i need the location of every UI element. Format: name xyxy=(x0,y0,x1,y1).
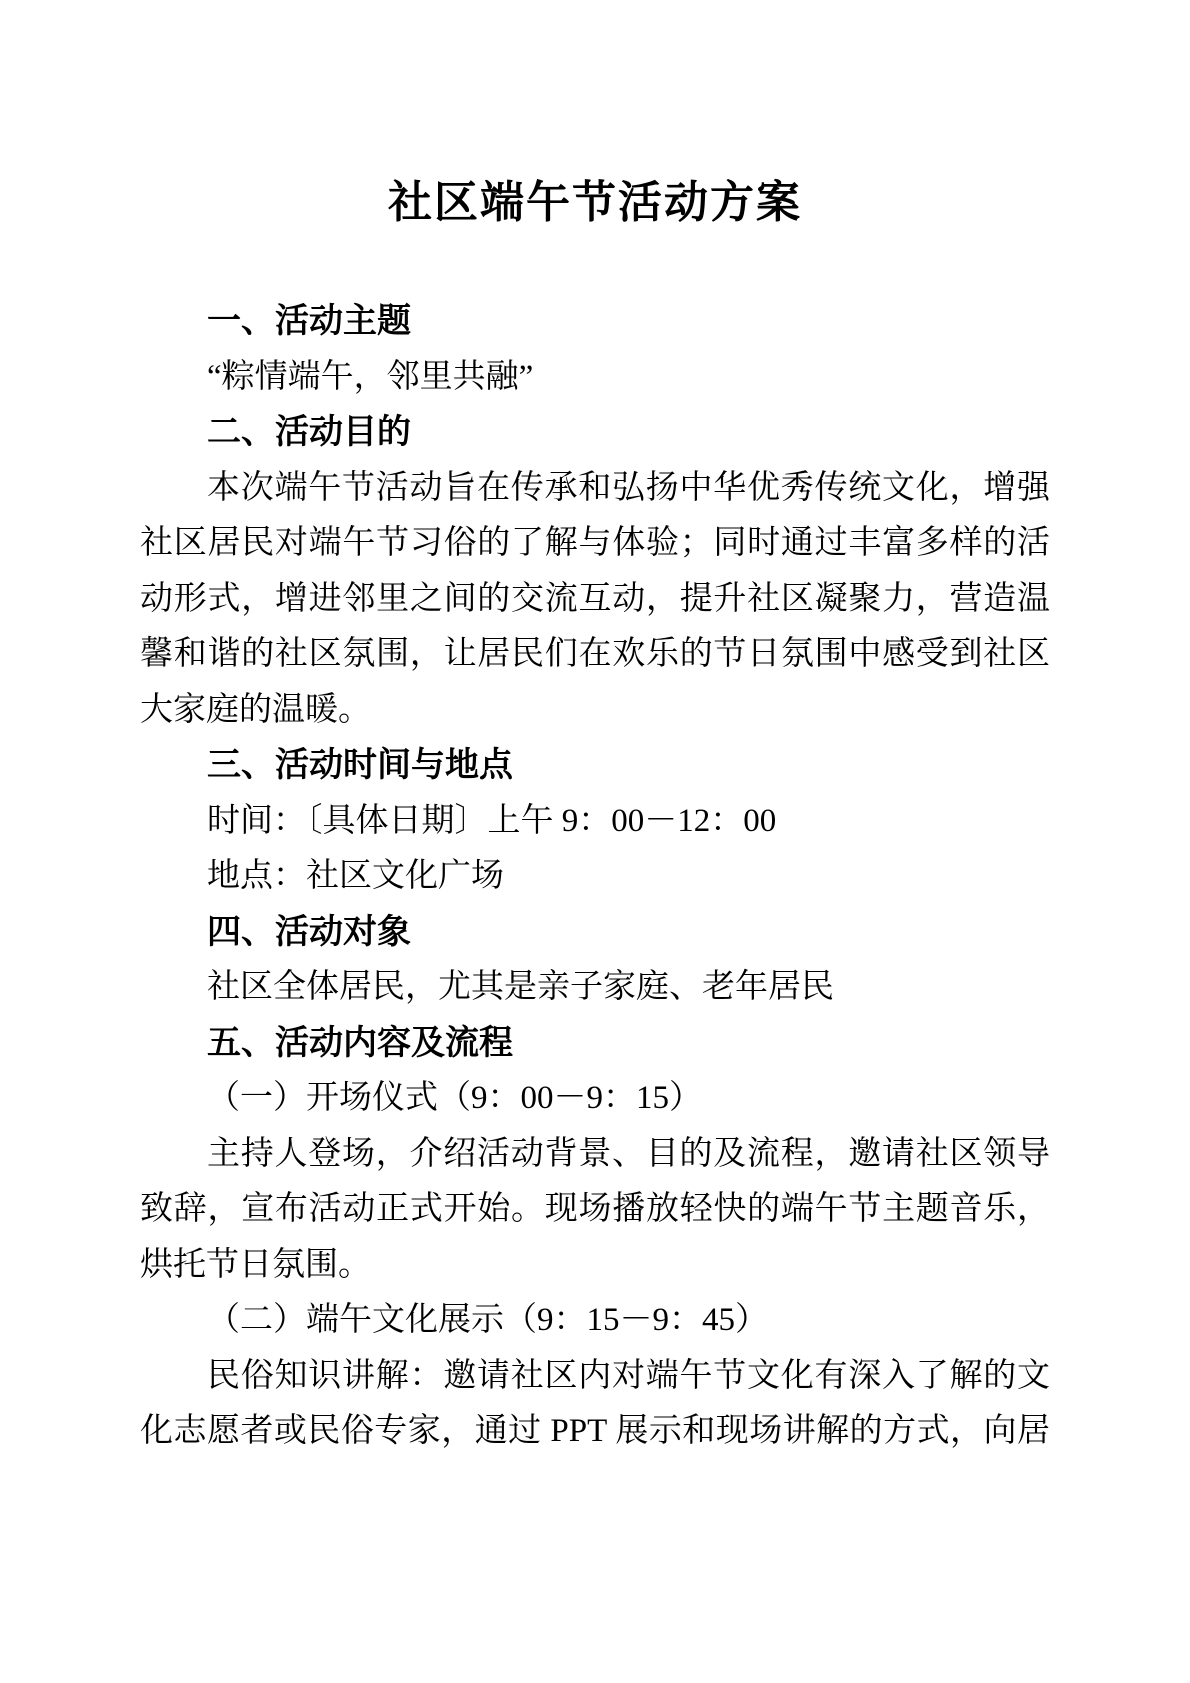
subsection-opening-ceremony-heading: （一）开场仪式（9：00－9：15） xyxy=(140,1071,1050,1127)
opening-ceremony-line: 烘托节日氛围。 xyxy=(140,1238,1050,1294)
document-body: 一、活动主题 “粽情端午，邻里共融” 二、活动目的 本次端午节活动旨在传承和弘扬… xyxy=(0,294,1190,1460)
document-page: 社区端午节活动方案 一、活动主题 “粽情端午，邻里共融” 二、活动目的 本次端午… xyxy=(0,0,1190,1683)
culture-display-line: 化志愿者或民俗专家，通过 PPT 展示和现场讲解的方式，向居 xyxy=(140,1404,1050,1460)
section-heading-time-location: 三、活动时间与地点 xyxy=(140,738,1050,794)
opening-ceremony-line: 致辞，宣布活动正式开始。现场播放轻快的端午节主题音乐， xyxy=(140,1182,1050,1238)
document-title: 社区端午节活动方案 xyxy=(0,170,1190,236)
location-line: 地点：社区文化广场 xyxy=(140,849,1050,905)
section-heading-purpose: 二、活动目的 xyxy=(140,405,1050,461)
purpose-paragraph-line: 社区居民对端午节习俗的了解与体验；同时通过丰富多样的活 xyxy=(140,516,1050,572)
section-heading-content-process: 五、活动内容及流程 xyxy=(140,1016,1050,1072)
purpose-paragraph-line: 馨和谐的社区氛围，让居民们在欢乐的节日氛围中感受到社区 xyxy=(140,627,1050,683)
time-line: 时间：〔具体日期〕上午 9：00－12：00 xyxy=(140,794,1050,850)
opening-ceremony-line: 主持人登场，介绍活动背景、目的及流程，邀请社区领导 xyxy=(140,1127,1050,1183)
subsection-culture-display-heading: （二）端午文化展示（9：15－9：45） xyxy=(140,1293,1050,1349)
culture-display-line: 民俗知识讲解：邀请社区内对端午节文化有深入了解的文 xyxy=(140,1349,1050,1405)
theme-slogan: “粽情端午，邻里共融” xyxy=(140,350,1050,406)
purpose-paragraph-line: 大家庭的温暖。 xyxy=(140,683,1050,739)
section-heading-theme: 一、活动主题 xyxy=(140,294,1050,350)
audience-line: 社区全体居民，尤其是亲子家庭、老年居民 xyxy=(140,960,1050,1016)
purpose-paragraph-line: 动形式，增进邻里之间的交流互动，提升社区凝聚力，营造温 xyxy=(140,572,1050,628)
section-heading-audience: 四、活动对象 xyxy=(140,905,1050,961)
purpose-paragraph-line: 本次端午节活动旨在传承和弘扬中华优秀传统文化，增强 xyxy=(140,461,1050,517)
